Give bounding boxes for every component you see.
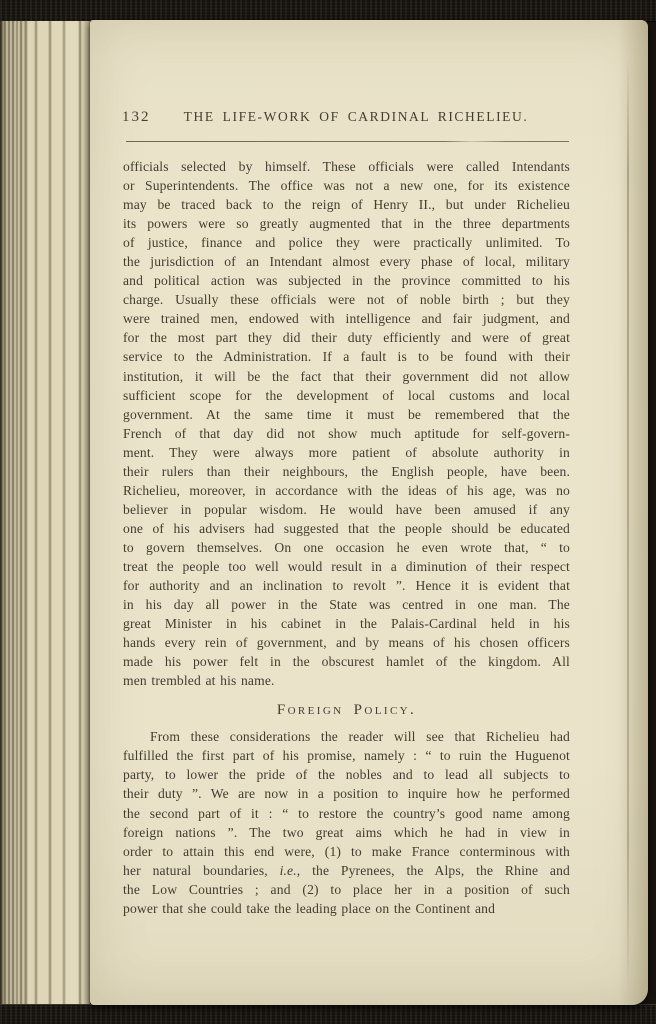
body-line: and political action was subjected in th…: [123, 271, 570, 290]
body-line: may be traced back to the reign of Henry…: [123, 195, 570, 214]
body-line: the Low Countries ; and (2) to place her…: [123, 880, 570, 899]
book-cover-bottom-band: [0, 1004, 656, 1024]
body-line: great Minister in his cabinet in the Pal…: [123, 614, 570, 633]
body-line: French of that day did not show much apt…: [123, 424, 570, 443]
book-scan: { "scan": { "page_number": "132", "runni…: [0, 0, 656, 1024]
body-line: ment. They were always more patient of a…: [123, 443, 570, 462]
section-heading: Foreign Policy.: [123, 700, 570, 720]
body-line: her natural boundaries, i.e., the Pyrene…: [123, 861, 570, 880]
body-line: party, to lower the pride of the nobles …: [123, 765, 570, 784]
body-line: were trained men, endowed with intellige…: [123, 309, 570, 328]
body-line: the jurisdiction of an Intendant almost …: [123, 252, 570, 271]
body-line: hands every rein of government, and by m…: [123, 633, 570, 652]
body-line: government. At the same time it must be …: [123, 405, 570, 424]
body-line: sufficient scope for the development of …: [123, 386, 570, 405]
body-line: to govern themselves. On one occasion he…: [123, 538, 570, 557]
body-line: the second part of it : “ to restore the…: [123, 804, 570, 823]
body-line: in his day all power in the State was ce…: [123, 595, 570, 614]
body-line: service to the Administration. If a faul…: [123, 347, 570, 366]
body-line: fulfilled the first part of his promise,…: [123, 746, 570, 765]
body-line: power that she could take the leading pl…: [123, 899, 570, 918]
body-line: made his power felt in the obscurest ham…: [123, 652, 570, 671]
body-line: men trembled at his name.: [123, 671, 570, 690]
stacked-page-edges: [0, 21, 90, 1004]
body-line: institution, it will be the fact that th…: [123, 367, 570, 386]
body-line: or Superintendents. The office was not a…: [123, 176, 570, 195]
paragraph: From these considerations the reader wil…: [123, 727, 570, 917]
body-line: one of his advisers had suggested that t…: [123, 519, 570, 538]
book-page: 132 THE LIFE-WORK OF CARDINAL RICHELIEU.…: [90, 20, 648, 1005]
running-title: THE LIFE-WORK OF CARDINAL RICHELIEU.: [122, 109, 572, 125]
body-line: foreign nations ”. The two great aims wh…: [123, 823, 570, 842]
body-line: treat the people too well would result i…: [123, 557, 570, 576]
running-header: 132 THE LIFE-WORK OF CARDINAL RICHELIEU.: [122, 109, 572, 125]
header-rule: [126, 141, 569, 142]
body-line: order to attain this end were, (1) to ma…: [123, 842, 570, 861]
body-line: officials selected by himself. These off…: [123, 157, 570, 176]
paragraph: officials selected by himself. These off…: [123, 157, 570, 690]
italic-term: i.e.,: [280, 863, 301, 878]
body-line: their rulers than their neighbours, the …: [123, 462, 570, 481]
body-line: Richelieu, moreover, in accordance with …: [123, 481, 570, 500]
body-line: charge. Usually these officials were not…: [123, 290, 570, 309]
body-line: their duty ”. We are now in a position t…: [123, 784, 570, 803]
page-body-text: officials selected by himself. These off…: [123, 157, 570, 918]
body-line: From these considerations the reader wil…: [123, 727, 570, 746]
body-line: believer in popular wisdom. He would hav…: [123, 500, 570, 519]
book-cover-top-band: [0, 0, 656, 22]
body-line: its powers were so greatly augmented tha…: [123, 214, 570, 233]
body-line: for authority and an inclination to revo…: [123, 576, 570, 595]
page-number: 132: [122, 109, 151, 126]
body-line: for the most part they did their duty ef…: [123, 328, 570, 347]
body-line: of justice, finance and police they were…: [123, 233, 570, 252]
